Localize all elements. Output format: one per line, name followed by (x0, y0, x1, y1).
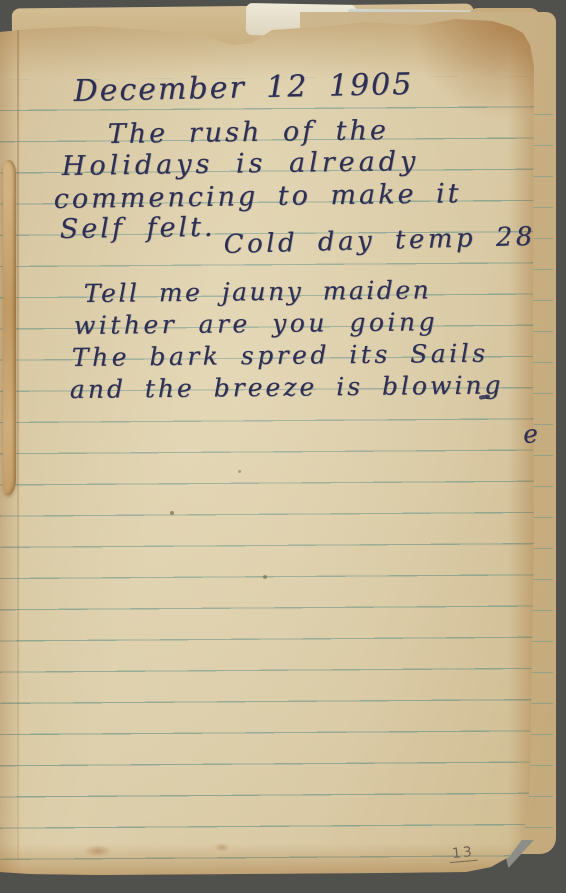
entry-line: Holidays is already (62, 146, 420, 182)
ink-speck (263, 575, 267, 579)
scanned-journal-page: December 12 1905 The rush of the Holiday… (0, 0, 566, 893)
binding-crease (17, 30, 19, 860)
ink-speck (170, 511, 174, 515)
entry-line: commencing to make it (54, 178, 462, 215)
margin-ink-mark: e (522, 419, 539, 449)
date-line: December 12 1905 (73, 67, 413, 109)
entry-line: The rush of the (108, 115, 390, 150)
poem-line: wither are you going (74, 307, 439, 340)
binding-tear-strip (3, 160, 16, 495)
page-number: 13 (448, 844, 477, 863)
stain (214, 843, 230, 852)
stain (84, 845, 112, 857)
poem-line: and the breeze is blowing (70, 370, 504, 404)
ink-speck (238, 470, 241, 473)
poem-line: The bark spred its Sails (72, 339, 489, 372)
poem-line: Tell me jauny maiden (84, 275, 432, 308)
entry-line: Self felt. (60, 212, 216, 245)
